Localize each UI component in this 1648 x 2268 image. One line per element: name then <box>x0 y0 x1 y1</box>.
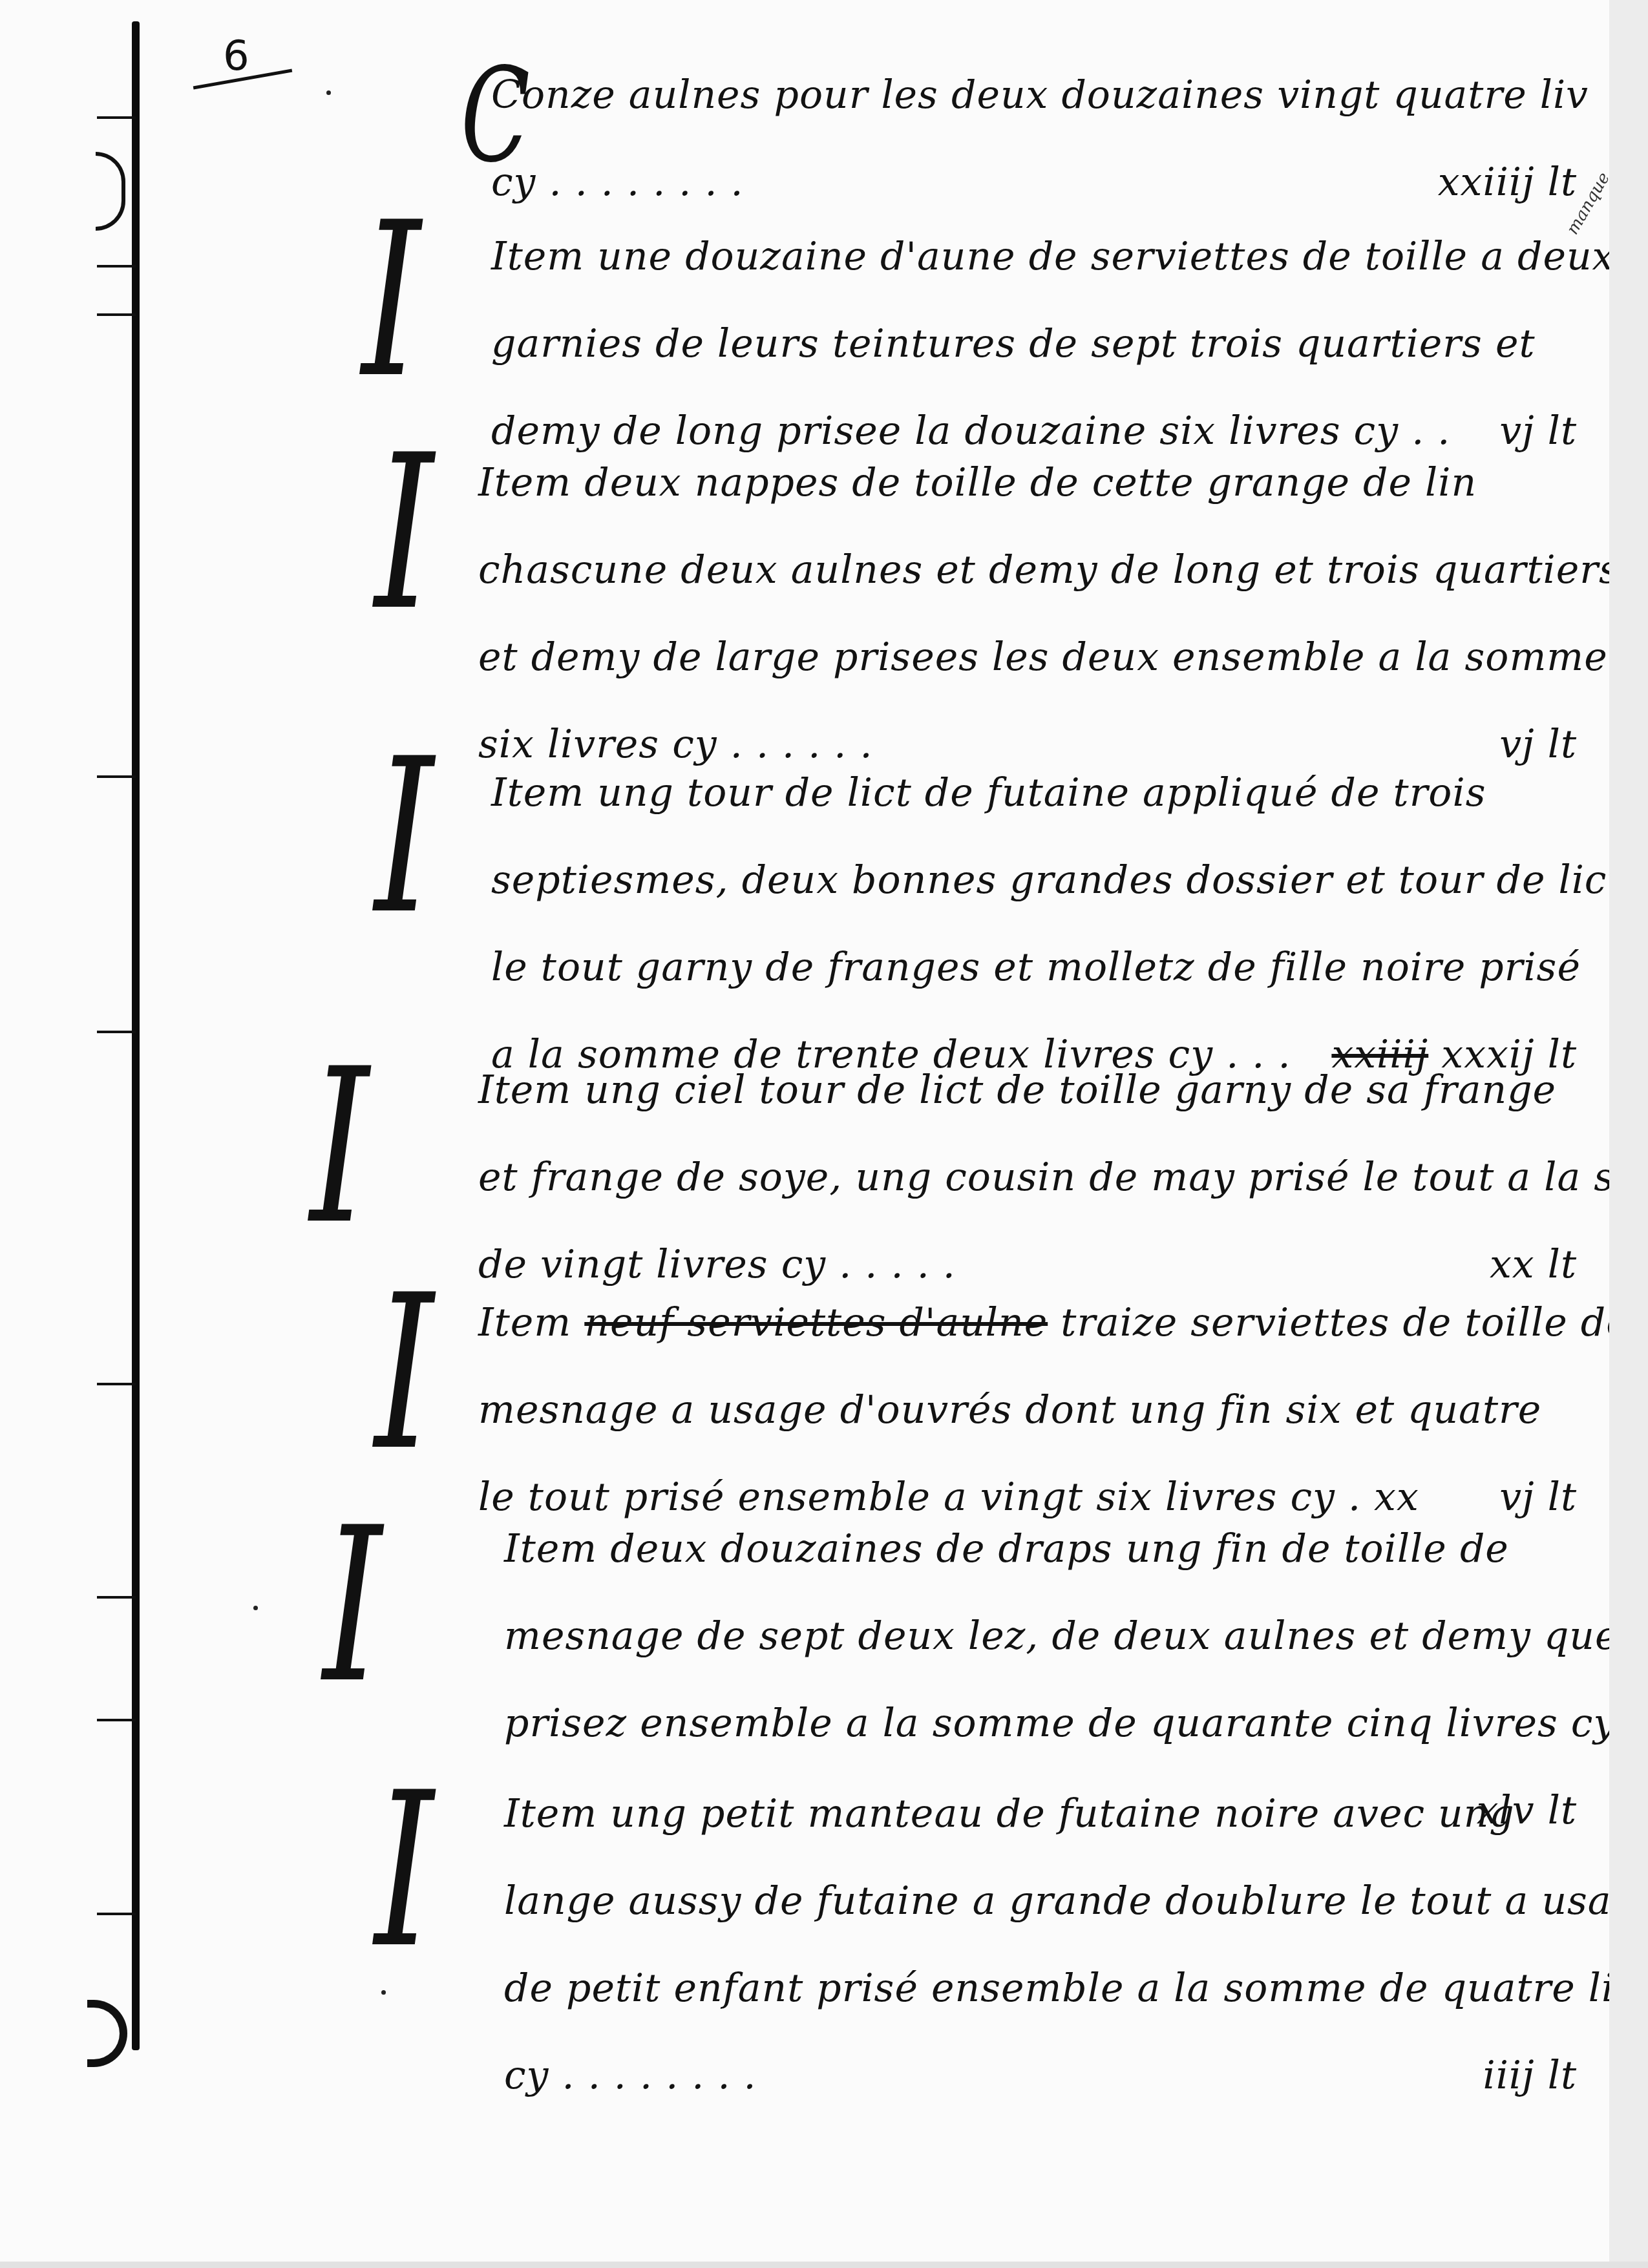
initial-letter: I <box>375 1764 434 1977</box>
entry-line: Conze aulnes pour les deux douzaines vin… <box>491 52 1590 139</box>
entry-line: septiesmes, deux bonnes grandes dossier … <box>491 837 1590 924</box>
initial-letter: I <box>323 1499 382 1712</box>
entry-line: chascune deux aulnes et demy de long et … <box>478 527 1590 614</box>
entry-line: Item ung tour de lict de futaine appliqu… <box>491 750 1590 837</box>
entry-line: de petit enfant prisé ensemble a la somm… <box>504 1945 1590 2032</box>
binding-line <box>132 21 140 2050</box>
entry-line: le tout garny de franges et molletz de f… <box>491 924 1590 1011</box>
entry-line: Item une douzaine d'aune de serviettes d… <box>491 213 1590 300</box>
margin-tick <box>97 1913 136 1915</box>
entry-line: Item ung ciel tour de lict de toille gar… <box>478 1047 1590 1134</box>
entry-item-5: Item neuf serviettes d'aulne traize serv… <box>478 1279 1590 1541</box>
margin-tick <box>97 775 136 778</box>
entry-line: garnies de leurs teintures de sept trois… <box>491 300 1590 388</box>
scan-background <box>0 2262 1648 2268</box>
initial-letter: I <box>375 426 434 640</box>
initial-letter: I <box>362 194 421 407</box>
initial-letter: I <box>310 1040 369 1254</box>
initial-letter: I <box>375 730 434 943</box>
line-text: cy . . . . . . . . <box>504 2053 757 2098</box>
entry-line: mesnage a usage d'ouvrés dont ung fin si… <box>478 1367 1590 1454</box>
entry-line: Item deux nappes de toille de cette gran… <box>478 439 1590 527</box>
entry-item-7: Item ung petit manteau de futaine noire … <box>504 1770 1590 2119</box>
entry-line: Item deux douzaines de draps ung fin de … <box>504 1506 1590 1593</box>
entry-line: prisez ensemble a la somme de quarante c… <box>504 1680 1590 1767</box>
entry-line: mesnage de sept deux lez, de deux aulnes… <box>504 1593 1590 1680</box>
entry-line: lange aussy de futaine a grande doublure… <box>504 1858 1590 1945</box>
binding-mark-icon <box>96 152 125 231</box>
margin-tick <box>97 1719 136 1721</box>
initial-letter: I <box>375 1266 434 1480</box>
manuscript-page: 6 manque C Conze aulnes pour les deux do… <box>0 0 1609 2262</box>
margin-tick <box>97 1596 136 1599</box>
margin-tick <box>97 313 136 316</box>
entry-item-3: Item ung tour de lict de futaine appliqu… <box>491 750 1590 1098</box>
entry-line: et frange de soye, ung cousin de may pri… <box>478 1134 1590 1221</box>
ink-speck <box>253 1606 258 1610</box>
margin-tick <box>97 1383 136 1385</box>
ink-speck <box>381 1990 386 1995</box>
entry-line: Item ung petit manteau de futaine noire … <box>504 1770 1590 1858</box>
entry-line: cy . . . . . . . . iiij lt <box>504 2032 1590 2119</box>
entry-item-4: Item ung ciel tour de lict de toille gar… <box>478 1047 1590 1308</box>
margin-tick <box>97 116 136 119</box>
entry-continuation: Conze aulnes pour les deux douzaines vin… <box>491 52 1590 226</box>
scan-background <box>1609 0 1648 2268</box>
binding-mark-icon <box>87 2000 127 2067</box>
entry-line: et demy de large prisees les deux ensemb… <box>478 614 1590 701</box>
entry-line: Item neuf serviettes d'aulne traize serv… <box>478 1279 1590 1367</box>
folio-number: 6 <box>223 32 249 80</box>
line-text: cy . . . . . . . . <box>491 160 744 205</box>
line-text: prisez ensemble a la somme de quarante c… <box>504 1701 1642 1746</box>
struck-text: neuf serviettes d'aulne <box>584 1300 1048 1345</box>
entry-item-2: Item deux nappes de toille de cette gran… <box>478 439 1590 788</box>
margin-tick <box>97 1031 136 1033</box>
ink-speck <box>326 90 331 95</box>
amount: iiij lt <box>1483 2032 1577 2119</box>
entry-item-1: Item une douzaine d'aune de serviettes d… <box>491 213 1590 475</box>
margin-tick <box>97 265 136 268</box>
